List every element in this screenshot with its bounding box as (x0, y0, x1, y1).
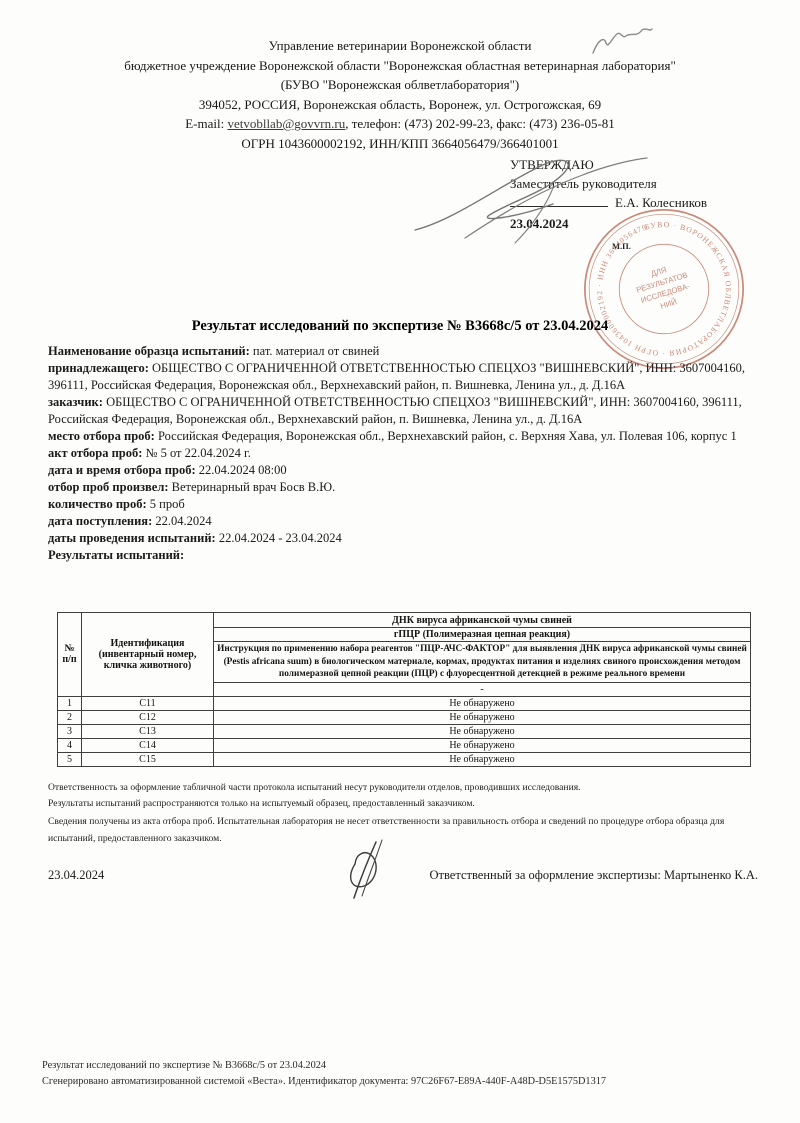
row-result: Не обнаружено (214, 724, 751, 738)
method-header-dna: ДНК вируса африканской чумы свиней (214, 613, 751, 628)
detail-owner: принадлежащего: ОБЩЕСТВО С ОГРАНИЧЕННОЙ … (48, 360, 760, 394)
org-name: бюджетное учреждение Воронежской области… (0, 56, 800, 76)
handwritten-mark (588, 26, 658, 62)
row-number: 2 (58, 710, 82, 724)
email-link[interactable]: vetvobllab@govvrn.ru (227, 116, 345, 131)
footer-generated-by: Сгенерировано автоматизированной системо… (42, 1074, 758, 1090)
method-header-instruction: Инструкция по применению набора реагенто… (214, 642, 751, 683)
table-row: 4 C14 Не обнаружено (58, 738, 751, 752)
row-result: Не обнаружено (214, 738, 751, 752)
method-header-pcr: гПЦР (Полимеразная цепная реакция) (214, 628, 751, 642)
row-identification: C12 (82, 710, 214, 724)
row-number: 5 (58, 752, 82, 766)
row-identification: C14 (82, 738, 214, 752)
results-heading: Результаты испытаний: (48, 547, 760, 564)
detail-sampling-datetime: дата и время отбора проб: 22.04.2024 08:… (48, 462, 760, 479)
email-label: E-mail: (185, 116, 224, 131)
table-row: 2 C12 Не обнаружено (58, 710, 751, 724)
detail-sampling-place: место отбора проб: Российская Федерация,… (48, 428, 760, 445)
sample-details: Наименование образца испытаний: пат. мат… (48, 343, 760, 564)
stamp-center-line4: НИЙ (659, 297, 678, 310)
results-table: № п/п Идентификация (инвентарный номер, … (57, 612, 751, 767)
executor-signature (338, 838, 408, 902)
row-result: Не обнаружено (214, 752, 751, 766)
detail-sampling-act: акт отбора проб: № 5 от 22.04.2024 г. (48, 445, 760, 462)
row-number: 1 (58, 696, 82, 710)
table-row: 1 C11 Не обнаружено (58, 696, 751, 710)
table-row: 5 C15 Не обнаружено (58, 752, 751, 766)
letterhead: Управление ветеринарии Воронежской облас… (0, 36, 800, 153)
detail-sample-count: количество проб: 5 проб (48, 496, 760, 513)
phone-fax: , телефон: (473) 202-99-23, факс: (473) … (345, 116, 615, 131)
detail-sample-name: Наименование образца испытаний: пат. мат… (48, 343, 760, 360)
org-parent: Управление ветеринарии Воронежской облас… (0, 36, 800, 56)
row-result: Не обнаружено (214, 710, 751, 724)
org-short-name: (БУВО "Воронежская облветлаборатория") (0, 75, 800, 95)
page-footer: Результат исследований по экспертизе № В… (42, 1058, 758, 1089)
table-row: 3 C13 Не обнаружено (58, 724, 751, 738)
row-number: 3 (58, 724, 82, 738)
row-identification: C15 (82, 752, 214, 766)
row-identification: C13 (82, 724, 214, 738)
detail-sampler: отбор проб произвел: Ветеринарный врач Б… (48, 479, 760, 496)
note-scope: Результаты испытаний распространяются то… (48, 797, 760, 810)
signoff-date: 23.04.2024 (48, 868, 104, 883)
col-header-identification: Идентификация (инвентарный номер, кличка… (82, 613, 214, 697)
detail-test-dates: даты проведения испытаний: 22.04.2024 - … (48, 530, 760, 547)
row-result: Не обнаружено (214, 696, 751, 710)
row-identification: C11 (82, 696, 214, 710)
org-address: 394052, РОССИЯ, Воронежская область, Вор… (0, 95, 800, 115)
method-unit-cell: - (214, 682, 751, 696)
document-title: Результат исследований по экспертизе № В… (0, 318, 800, 335)
footer-expertise-ref: Результат исследований по экспертизе № В… (42, 1058, 758, 1074)
note-responsibility: Ответственность за оформление табличной … (48, 781, 760, 794)
signoff-label: Ответственный за оформление экспертизы: … (429, 868, 758, 883)
detail-receipt-date: дата поступления: 22.04.2024 (48, 513, 760, 530)
col-header-number: № п/п (58, 613, 82, 697)
detail-customer: заказчик: ОБЩЕСТВО С ОГРАНИЧЕННОЙ ОТВЕТС… (48, 394, 760, 428)
row-number: 4 (58, 738, 82, 752)
document-page: Управление ветеринарии Воронежской облас… (0, 0, 800, 1123)
org-contacts: E-mail: vetvobllab@govvrn.ru, телефон: (… (0, 114, 800, 134)
